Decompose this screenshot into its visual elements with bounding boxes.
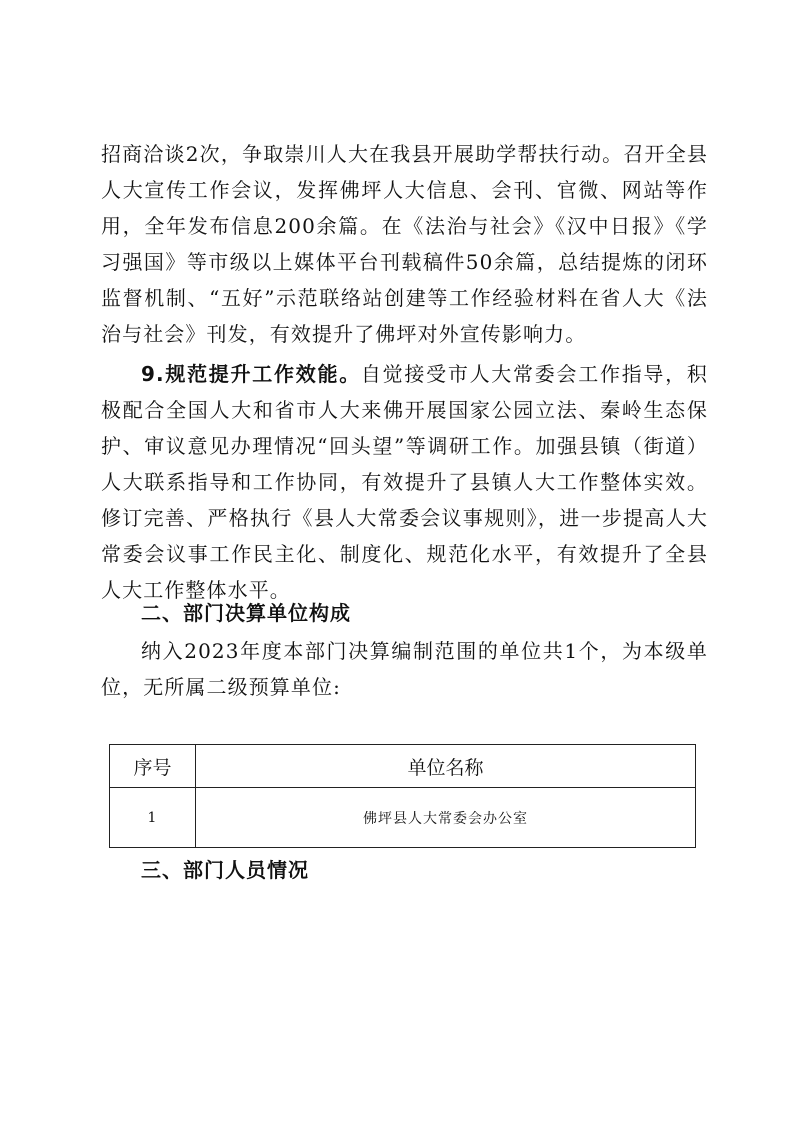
paragraph-item-9: 9.规范提升工作效能。自觉接受市人大常委会工作指导，积极配合全国人大和省市人大来… — [101, 356, 708, 608]
cell-unit-name: 佛坪县人大常委会办公室 — [196, 788, 696, 848]
item-9-body: 自觉接受市人大常委会工作指导，积极配合全国人大和省市人大来佛开展国家公园立法、秦… — [101, 362, 708, 602]
item-9-heading: 9.规范提升工作效能。 — [141, 362, 361, 386]
section-heading-unit-composition: 二、部门决算单位构成 — [141, 595, 351, 631]
document-page: 招商洽谈2次，争取崇川人大在我县开展助学帮扶行动。召开全县人大宣传工作会议，发挥… — [0, 0, 793, 1122]
cell-seq: 1 — [110, 788, 196, 848]
header-unit-name: 单位名称 — [196, 745, 696, 788]
header-seq: 序号 — [110, 745, 196, 788]
table-row: 1 佛坪县人大常委会办公室 — [110, 788, 696, 848]
paragraph-publicity: 招商洽谈2次，争取崇川人大在我县开展助学帮扶行动。召开全县人大宣传工作会议，发挥… — [101, 136, 708, 352]
paragraph-unit-scope: 纳入2023年度本部门决算编制范围的单位共1个，为本级单位，无所属二级预算单位: — [101, 633, 708, 705]
table-header-row: 序号 单位名称 — [110, 745, 696, 788]
unit-table: 序号 单位名称 1 佛坪县人大常委会办公室 — [109, 744, 696, 848]
section-heading-staff: 三、部门人员情况 — [141, 852, 309, 888]
